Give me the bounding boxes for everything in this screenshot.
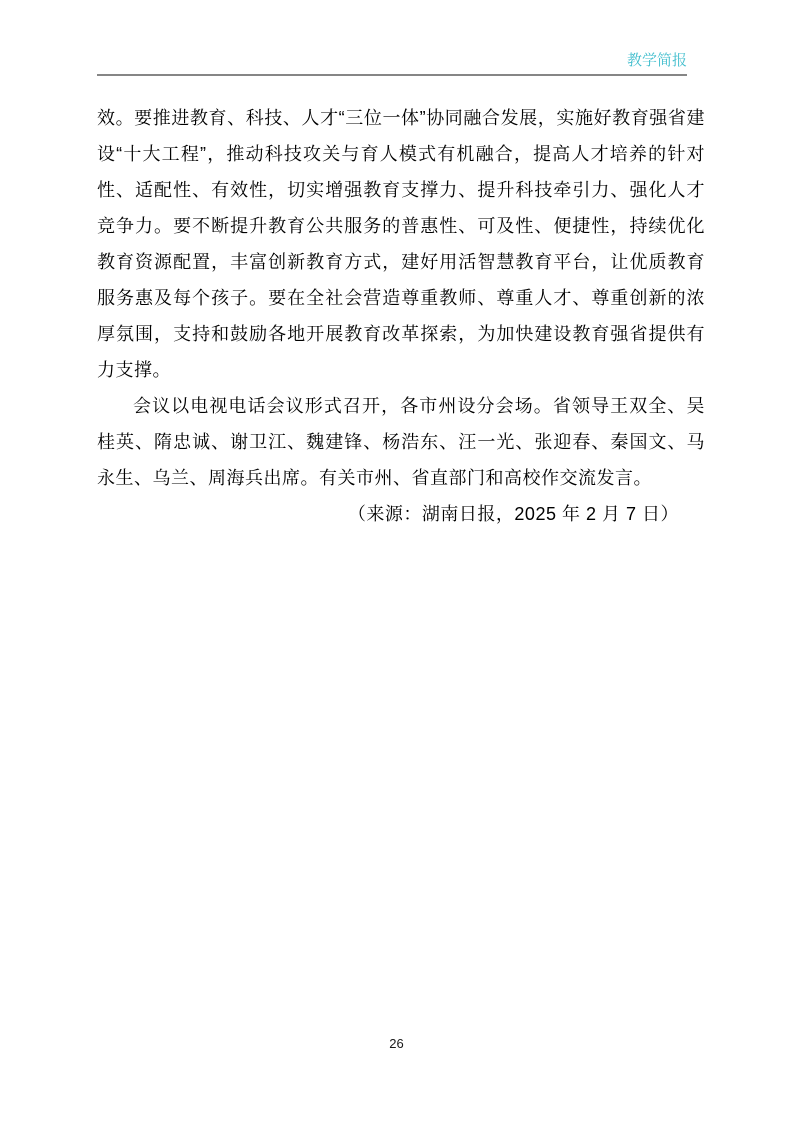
page-footer: 26: [0, 1036, 793, 1052]
paragraph: 会议以电视电话会议形式召开，各市州设分会场。省领导王双全、吴桂英、隋忠诚、谢卫江…: [97, 388, 705, 496]
header-rule: [97, 74, 687, 76]
header-title: 教学简报: [627, 52, 687, 69]
page-number: 26: [389, 1036, 403, 1051]
source-line: （来源：湖南日报，2025 年 2 月 7 日）: [97, 496, 705, 532]
page-header: 教学简报: [97, 50, 687, 72]
document-page: 教学简报 效。要推进教育、科技、人才“三位一体”协同融合发展，实施好教育强省建设…: [0, 0, 793, 1122]
paragraph: 效。要推进教育、科技、人才“三位一体”协同融合发展，实施好教育强省建设“十大工程…: [97, 100, 705, 388]
document-body: 效。要推进教育、科技、人才“三位一体”协同融合发展，实施好教育强省建设“十大工程…: [97, 100, 705, 532]
